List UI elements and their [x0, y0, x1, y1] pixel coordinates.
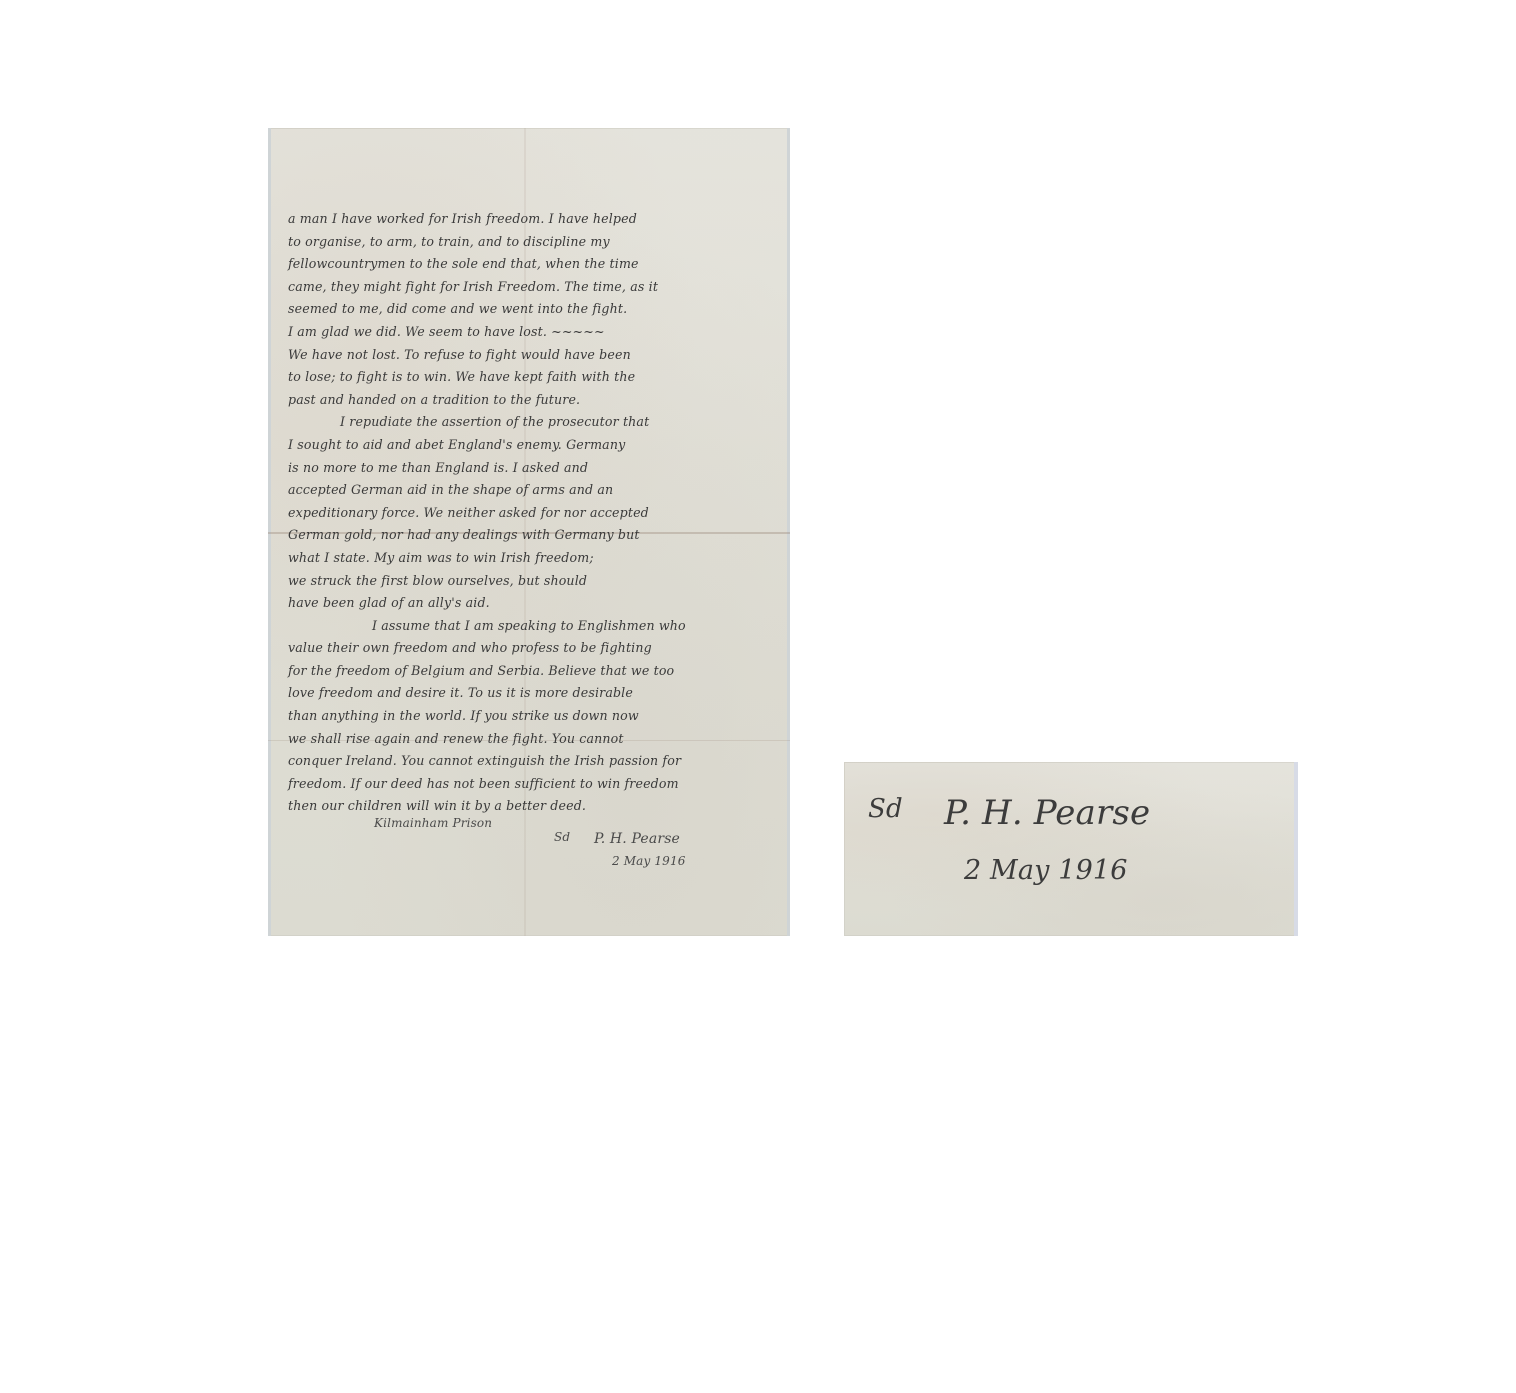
letter-signature: P. H. Pearse — [594, 828, 680, 851]
letter-line: I am glad we did. We seem to have lost. … — [288, 321, 686, 344]
letter-line: I assume that I am speaking to Englishme… — [288, 615, 686, 638]
letter-line: we shall rise again and renew the fight.… — [288, 728, 686, 751]
letter-line: I sought to aid and abet England's enemy… — [288, 434, 686, 457]
letter-sd: Sd — [554, 826, 570, 849]
signature-name: P. H. Pearse — [944, 802, 1150, 825]
letter-line: seemed to me, did come and we went into … — [288, 298, 686, 321]
letter-line: love freedom and desire it. To us it is … — [288, 682, 686, 705]
letter-line: conquer Ireland. You cannot extinguish t… — [288, 750, 686, 773]
letter-line: value their own freedom and who profess … — [288, 637, 686, 660]
letter-line: fellowcountrymen to the sole end that, w… — [288, 253, 686, 276]
signature-detail-scan: Sd P. H. Pearse 2 May 1916 — [844, 762, 1298, 936]
letter-line: accepted German aid in the shape of arms… — [288, 479, 686, 502]
letter-line: a man I have worked for Irish freedom. I… — [288, 208, 686, 231]
letter-line: what I state. My aim was to win Irish fr… — [288, 547, 686, 570]
letter-line: is no more to me than England is. I aske… — [288, 457, 686, 480]
letter-place: Kilmainham Prison — [374, 812, 492, 835]
handwritten-letter-scan: a man I have worked for Irish freedom. I… — [268, 128, 790, 936]
letter-line: German gold, nor had any dealings with G… — [288, 524, 686, 547]
letter-line: we struck the first blow ourselves, but … — [288, 570, 686, 593]
letter-line: have been glad of an ally's aid. — [288, 592, 686, 615]
letter-line: for the freedom of Belgium and Serbia. B… — [288, 660, 686, 683]
letter-line: to lose; to fight is to win. We have kep… — [288, 366, 686, 389]
letter-line: than anything in the world. If you strik… — [288, 705, 686, 728]
letter-line: freedom. If our deed has not been suffic… — [288, 773, 686, 796]
letter-line: came, they might fight for Irish Freedom… — [288, 276, 686, 299]
letter-line: We have not lost. To refuse to fight wou… — [288, 344, 686, 367]
signature-sd: Sd — [868, 798, 903, 821]
letter-line: past and handed on a tradition to the fu… — [288, 389, 686, 412]
letter-line: I repudiate the assertion of the prosecu… — [288, 411, 686, 434]
letter-line: expeditionary force. We neither asked fo… — [288, 502, 686, 525]
scan-edge — [1294, 762, 1298, 936]
signature-date: 2 May 1916 — [964, 860, 1128, 883]
letter-body: a man I have worked for Irish freedom. I… — [288, 208, 686, 818]
letter-line: to organise, to arm, to train, and to di… — [288, 231, 686, 254]
letter-date: 2 May 1916 — [612, 850, 686, 873]
